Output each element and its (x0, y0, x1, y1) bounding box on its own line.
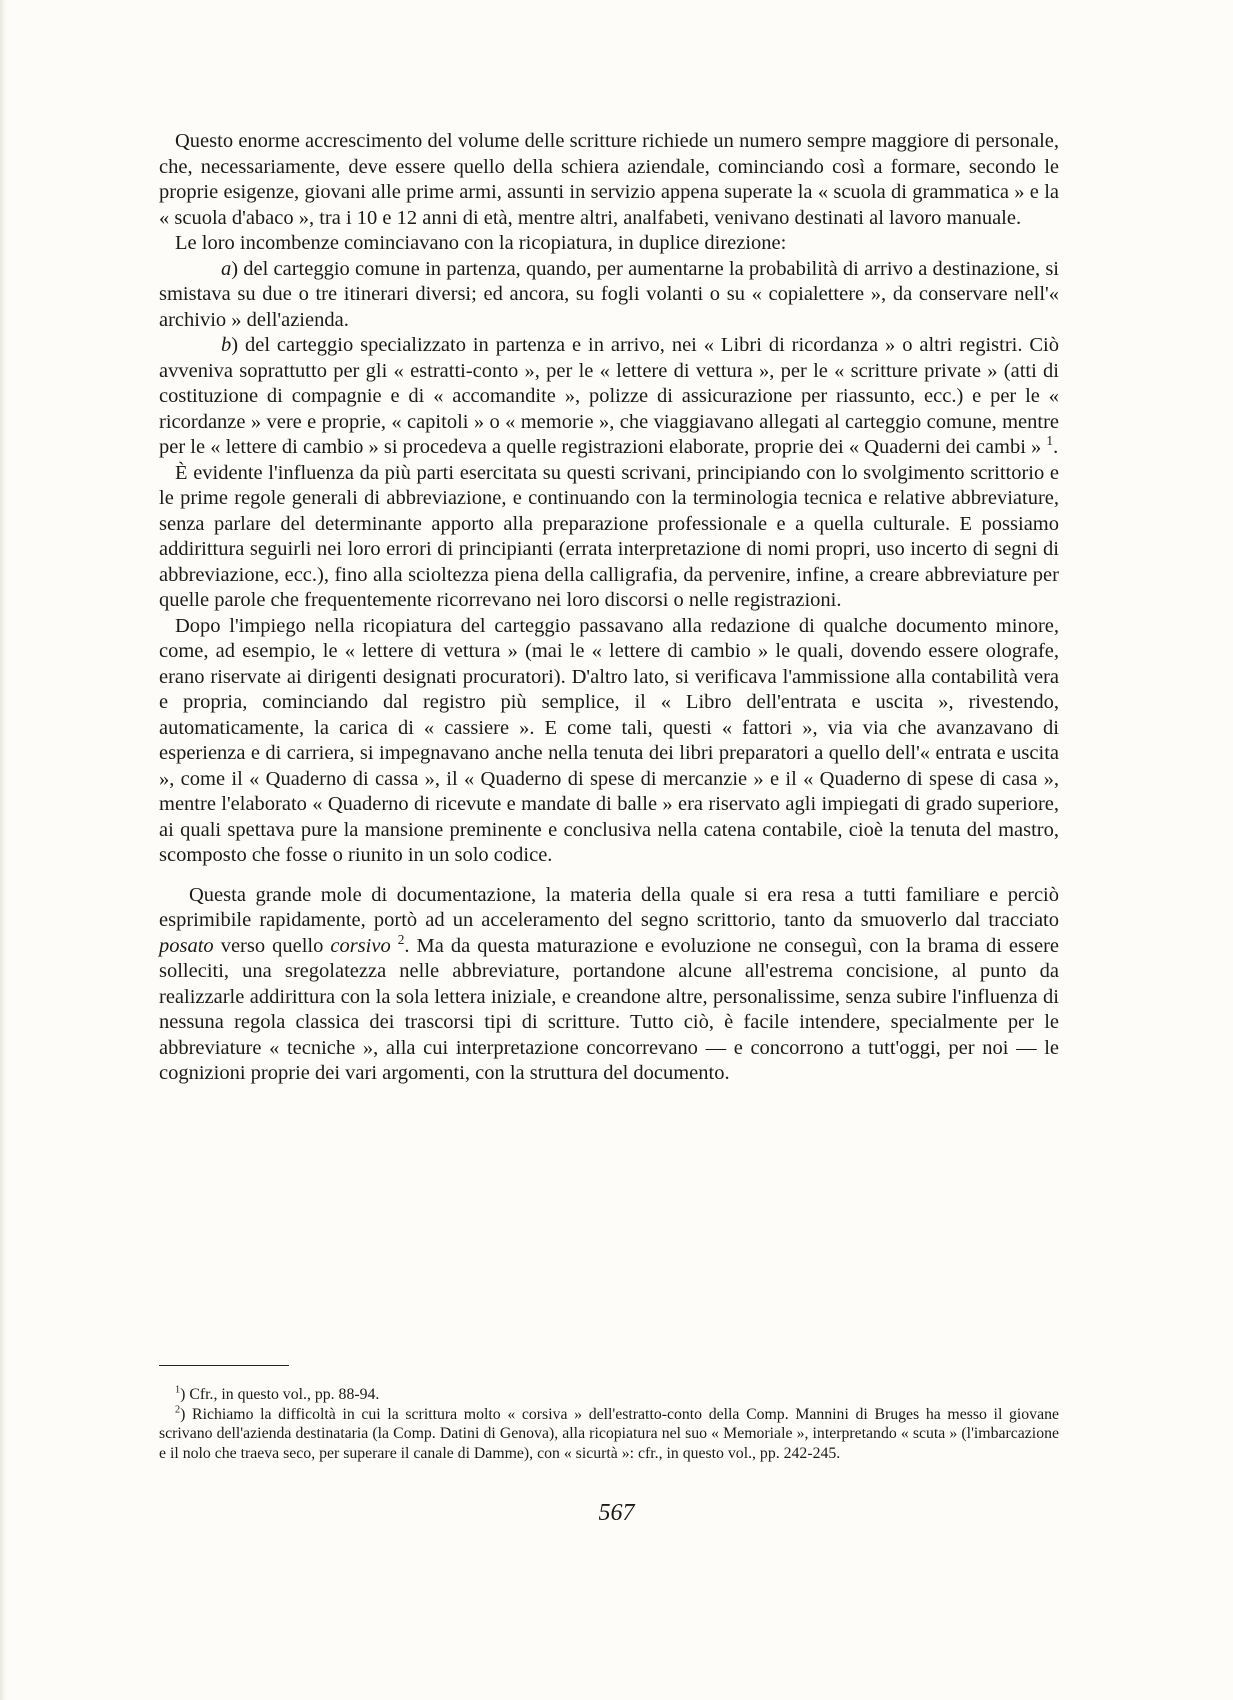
footnotes: 1) Cfr., in questo vol., pp. 88-94. 2) R… (159, 1385, 1059, 1463)
footnote: 1) Cfr., in questo vol., pp. 88-94. (159, 1385, 1059, 1405)
list-item-b: b) del carteggio specializzato in parten… (159, 333, 1059, 461)
body-text: Questo enorme accrescimento del volume d… (159, 129, 1059, 1087)
page-number: 567 (0, 1500, 1233, 1527)
page-edge (0, 0, 6, 1700)
item-marker: b (221, 334, 231, 356)
item-marker: a (221, 258, 231, 280)
footnote: 2) Richiamo la difficoltà in cui la scri… (159, 1405, 1059, 1464)
paragraph: Le loro incombenze cominciavano con la r… (159, 231, 1059, 257)
paragraph: Questa grande mole di documentazione, la… (159, 883, 1059, 1087)
paragraph: È evidente l'influenza da più parti eser… (159, 461, 1059, 614)
footnote-rule (159, 1365, 289, 1366)
paragraph: Questo enorme accrescimento del volume d… (159, 129, 1059, 231)
paragraph: Dopo l'impiego nella ricopiatura del car… (159, 614, 1059, 869)
list-item-a: a) del carteggio comune in partenza, qua… (159, 257, 1059, 334)
